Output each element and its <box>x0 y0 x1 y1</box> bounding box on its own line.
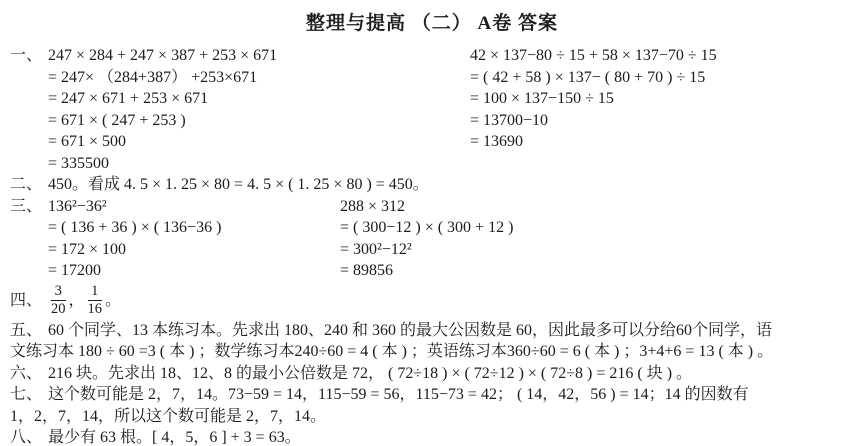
section-three: 三、136²−36² = ( 136 + 36 ) × ( 136−36 ) =… <box>10 196 854 282</box>
equation-line: 三、136²−36² <box>10 196 340 218</box>
equation-line: = 100 × 137−150 ÷ 15 <box>470 88 854 110</box>
section-eight: 八、最少有 63 根。[ 4，5，6 ] + 3 = 63。 <box>10 427 854 446</box>
fraction-numerator: 1 <box>88 284 103 301</box>
separator-text: ， <box>69 282 85 320</box>
answer-text: 216 块。先求出 18、12、8 的最小公倍数是 72， ( 72÷18 ) … <box>48 365 692 382</box>
equation-line: = 671 × ( 247 + 253 ) <box>48 110 470 132</box>
equation-line: = 300²−12² <box>340 239 854 261</box>
section-three-label: 三、 <box>10 196 48 218</box>
section-seven-label: 七、 <box>10 384 48 406</box>
equation-line: 42 × 137−80 ÷ 15 + 58 × 137−70 ÷ 15 <box>470 45 854 67</box>
equation-line: = ( 136 + 36 ) × ( 136−36 ) <box>48 217 340 239</box>
section-one-right-column: 42 × 137−80 ÷ 15 + 58 × 137−70 ÷ 15 = ( … <box>470 45 854 174</box>
equation-line: 288 × 312 <box>340 196 854 218</box>
equation-text: 247 × 284 + 247 × 387 + 253 × 671 <box>48 47 277 64</box>
section-one-label: 一、 <box>10 45 48 67</box>
equation-line: 一、247 × 284 + 247 × 387 + 253 × 671 <box>10 45 470 67</box>
equation-line: = 17200 <box>48 260 340 282</box>
answer-sheet-page: 整理与提高 （二） A卷 答案 一、247 × 284 + 247 × 387 … <box>0 0 862 446</box>
answer-text: 60 个同学、13 本练习本。先求出 180、240 和 360 的最大公因数是… <box>48 322 772 339</box>
section-five-label: 五、 <box>10 320 48 342</box>
equation-line: = ( 42 + 58 ) × 137− ( 80 + 70 ) ÷ 15 <box>470 67 854 89</box>
section-two: 二、450。看成 4. 5 × 1. 25 × 80 = 4. 5 × ( 1.… <box>10 174 854 196</box>
section-four-label: 四、 <box>10 282 48 320</box>
answer-text: 这个数可能是 2，7，14。73−59 = 14，115−59 = 56，115… <box>48 386 749 403</box>
section-seven: 七、这个数可能是 2，7，14。73−59 = 14，115−59 = 56，1… <box>10 384 854 406</box>
section-three-right-column: 288 × 312 = ( 300−12 ) × ( 300 + 12 ) = … <box>340 196 854 282</box>
fraction: 1 16 <box>88 284 103 317</box>
section-one: 一、247 × 284 + 247 × 387 + 253 × 671 = 24… <box>10 45 854 174</box>
fraction-denominator: 20 <box>51 301 66 317</box>
section-six: 六、216 块。先求出 18、12、8 的最小公倍数是 72， ( 72÷18 … <box>10 363 854 385</box>
answer-text: 450。看成 4. 5 × 1. 25 × 80 = 4. 5 × ( 1. 2… <box>48 176 429 193</box>
section-five: 五、60 个同学、13 本练习本。先求出 180、240 和 360 的最大公因… <box>10 320 854 342</box>
fraction: 3 20 <box>51 284 66 317</box>
section-six-label: 六、 <box>10 363 48 385</box>
equation-line: = ( 300−12 ) × ( 300 + 12 ) <box>340 217 854 239</box>
equation-line: = 335500 <box>48 153 470 175</box>
answer-text: 最少有 63 根。[ 4，5，6 ] + 3 = 63。 <box>48 429 301 446</box>
section-five-continuation: 文练习本 180 ÷ 60 =3 ( 本 ) ；数学练习本240÷60 = 4 … <box>10 341 854 363</box>
equation-line: = 13690 <box>470 131 854 153</box>
page-title: 整理与提高 （二） A卷 答案 <box>10 8 854 35</box>
equation-line: = 172 × 100 <box>48 239 340 261</box>
section-three-left-column: 三、136²−36² = ( 136 + 36 ) × ( 136−36 ) =… <box>10 196 340 282</box>
equation-text: 136²−36² <box>48 198 107 215</box>
equation-line: = 247× （284+387） +253×671 <box>48 67 470 89</box>
equation-line: = 671 × 500 <box>48 131 470 153</box>
section-two-label: 二、 <box>10 174 48 196</box>
period-text: 。 <box>105 282 121 320</box>
equation-line: = 13700−10 <box>470 110 854 132</box>
equation-line: = 247 × 671 + 253 × 671 <box>48 88 470 110</box>
fraction-denominator: 16 <box>88 301 103 317</box>
section-four: 四、 3 20 ， 1 16 。 <box>10 282 854 320</box>
section-seven-continuation: 1，2，7，14，所以这个数可能是 2，7，14。 <box>10 406 854 428</box>
section-one-left-column: 一、247 × 284 + 247 × 387 + 253 × 671 = 24… <box>10 45 470 174</box>
section-eight-label: 八、 <box>10 427 48 446</box>
equation-line: = 89856 <box>340 260 854 282</box>
fraction-numerator: 3 <box>51 284 66 301</box>
